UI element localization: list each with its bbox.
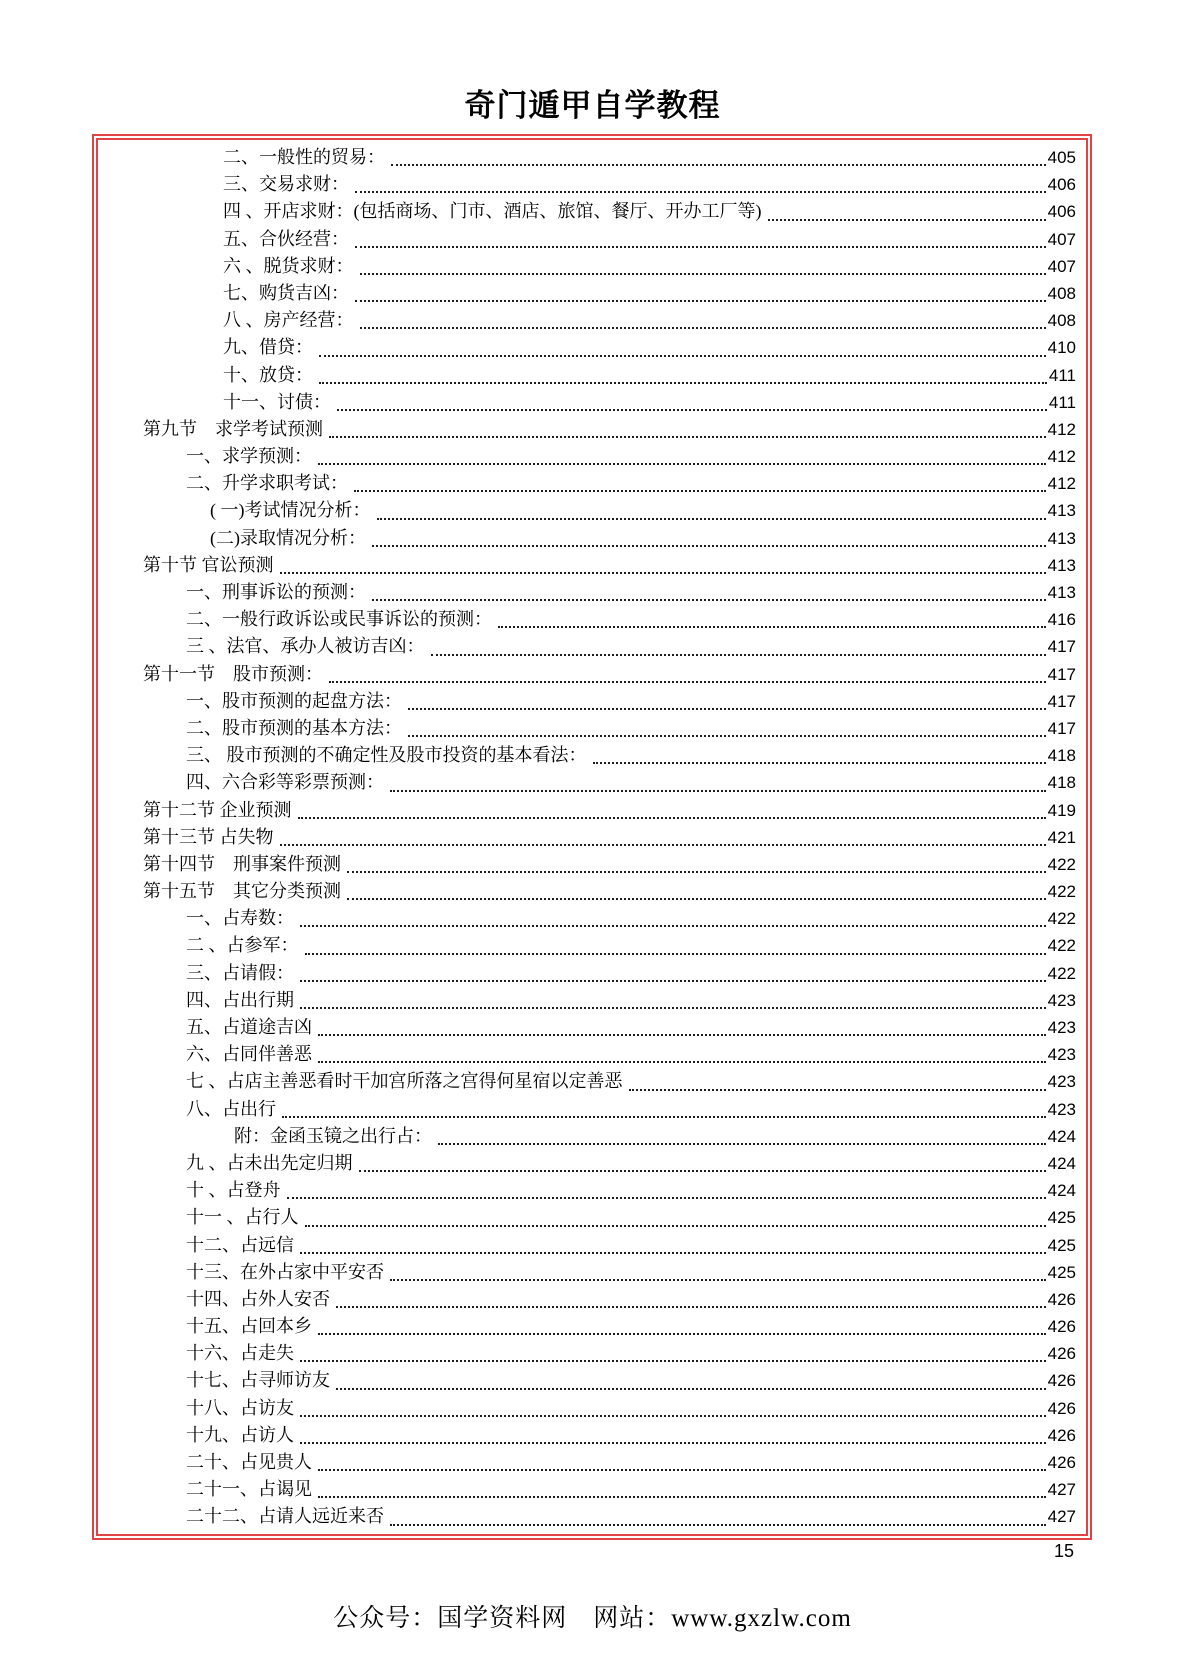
sheet-page-number: 15	[92, 1541, 1092, 1562]
dot-leader	[377, 518, 1046, 520]
toc-entry: 第十二节 企业预测419	[98, 797, 1076, 824]
toc-entry-label: 第十节 官讼预测	[143, 552, 274, 578]
dot-leader	[359, 1170, 1046, 1172]
toc-entry-page: 408	[1048, 308, 1076, 334]
toc-entry-page: 421	[1048, 825, 1076, 851]
dot-leader	[318, 1061, 1046, 1063]
dot-leader	[355, 246, 1046, 248]
dot-leader	[360, 273, 1046, 275]
toc-entry-page: 423	[1048, 1042, 1076, 1068]
toc-entry: 二、股市预测的基本方法：417	[98, 715, 1076, 742]
toc-entry-label: 十八、占访友	[186, 1395, 294, 1421]
dot-leader	[347, 898, 1046, 900]
toc-entry-label: 一、占寿数：	[186, 905, 294, 931]
dot-leader	[318, 1496, 1046, 1498]
toc-entry: 十五、占回本乡426	[98, 1313, 1076, 1340]
toc-entry: 六 、脱货求财：407	[98, 253, 1076, 280]
toc-entry-page: 412	[1048, 417, 1076, 443]
toc-entry-page: 424	[1048, 1178, 1076, 1204]
dot-leader	[300, 1007, 1046, 1009]
toc-entry: 三、占请假：422	[98, 960, 1076, 987]
toc-entry-page: 412	[1048, 444, 1076, 470]
dot-leader	[287, 1197, 1046, 1199]
toc-entry-page: 417	[1048, 716, 1076, 742]
toc-entry-label: 第十五节 其它分类预测	[143, 878, 341, 904]
toc-entry-label: 四、占出行期	[186, 987, 294, 1013]
dot-leader	[280, 844, 1046, 846]
toc-entry: 九 、占未出先定归期424	[98, 1150, 1076, 1177]
toc-entry-label: 二十一、占谒见	[186, 1476, 312, 1502]
toc-entry-label: 第九节 求学考试预测	[143, 416, 323, 442]
toc-entry: 三 、法官、承办人被访吉凶：417	[98, 633, 1076, 660]
dot-leader	[360, 327, 1046, 329]
toc-entry-page: 418	[1048, 770, 1076, 796]
toc-entry-label: 十一 、占行人	[186, 1204, 299, 1230]
dot-leader	[354, 490, 1046, 492]
toc-entry: 四、占出行期423	[98, 987, 1076, 1014]
toc-entry-page: 410	[1048, 335, 1076, 361]
toc-entry: 附：金函玉镜之出行占：424	[98, 1123, 1076, 1150]
toc-entry: 八、占出行423	[98, 1096, 1076, 1123]
dot-leader	[390, 790, 1046, 792]
toc-entry: 五、占道途吉凶423	[98, 1014, 1076, 1041]
toc-entry-page: 417	[1048, 689, 1076, 715]
dot-leader	[347, 871, 1046, 873]
dot-leader	[300, 1442, 1046, 1444]
dot-leader	[498, 626, 1046, 628]
toc-entry-label: (二)录取情况分析：	[210, 525, 366, 551]
toc-entry-label: 六 、脱货求财：	[223, 253, 354, 279]
toc-entry-page: 411	[1049, 363, 1076, 389]
dot-leader	[300, 1360, 1046, 1362]
toc-entry-label: 一、股市预测的起盘方法：	[186, 688, 402, 714]
toc-entry-page: 425	[1048, 1205, 1076, 1231]
toc-entry: 一、刑事诉讼的预测：413	[98, 579, 1076, 606]
toc-box: 二、一般性的贸易：405三、交易求财：406四 、开店求财：(包括商场、门市、酒…	[92, 134, 1092, 1540]
toc-entry-page: 422	[1048, 879, 1076, 905]
toc-entry: 二十、占见贵人426	[98, 1449, 1076, 1476]
toc-entry-label: 第十一节 股市预测：	[143, 661, 323, 687]
toc-entry-label: 一、求学预测：	[186, 443, 312, 469]
toc-entry: ( 一)考试情况分析：413	[98, 497, 1076, 524]
toc-entry: (二)录取情况分析：413	[98, 525, 1076, 552]
toc-entry: 十八、占访友426	[98, 1395, 1076, 1422]
toc-entry: 第九节 求学考试预测412	[98, 416, 1076, 443]
toc-entry-label: 十 、占登舟	[186, 1177, 281, 1203]
toc-entry-page: 413	[1048, 526, 1076, 552]
toc-entry: 十四、占外人安否426	[98, 1286, 1076, 1313]
toc-entry: 第十节 官讼预测413	[98, 552, 1076, 579]
dot-leader	[319, 382, 1047, 384]
toc-entry-label: 三、交易求财：	[223, 171, 349, 197]
toc-entry-label: 九、借贷：	[223, 334, 313, 360]
dot-leader	[390, 1524, 1046, 1526]
toc-entry-label: 十六、占走失	[186, 1340, 294, 1366]
toc-entry-page: 413	[1048, 580, 1076, 606]
toc-entry-page: 427	[1048, 1477, 1076, 1503]
toc-entry: 二 、占参军：422	[98, 932, 1076, 959]
dot-leader	[300, 980, 1046, 982]
dot-leader	[390, 1279, 1046, 1281]
toc-entry: 一、股市预测的起盘方法：417	[98, 688, 1076, 715]
toc-entry-label: 八 、房产经营：	[223, 307, 354, 333]
toc-entry-label: 二、一般行政诉讼或民事诉讼的预测：	[186, 606, 492, 632]
toc-entry: 四、六合彩等彩票预测：418	[98, 769, 1076, 796]
toc-entry: 三、 股市预测的不确定性及股市投资的基本看法：418	[98, 742, 1076, 769]
toc-entry-page: 426	[1048, 1287, 1076, 1313]
toc-entry-label: 十九、占访人	[186, 1422, 294, 1448]
toc-entry-label: 十三、在外占家中平安否	[186, 1259, 384, 1285]
dot-leader	[280, 572, 1046, 574]
page-footer: 公众号：国学资料网 网站：www.gxzlw.com	[0, 1598, 1185, 1634]
toc-list: 二、一般性的贸易：405三、交易求财：406四 、开店求财：(包括商场、门市、酒…	[98, 144, 1076, 1531]
dot-leader	[372, 545, 1046, 547]
toc-entry-page: 419	[1048, 798, 1076, 824]
toc-entry-label: 十四、占外人安否	[186, 1286, 330, 1312]
dot-leader	[318, 463, 1046, 465]
toc-entry-page: 423	[1048, 1015, 1076, 1041]
toc-entry-label: 五、合伙经营：	[223, 226, 349, 252]
toc-entry: 六、占同伴善恶423	[98, 1041, 1076, 1068]
dot-leader	[408, 708, 1046, 710]
toc-entry-label: 四、六合彩等彩票预测：	[186, 769, 384, 795]
toc-entry-label: 三、占请假：	[186, 960, 294, 986]
dot-leader	[372, 599, 1046, 601]
toc-entry-label: 二十、占见贵人	[186, 1449, 312, 1475]
dot-leader	[319, 355, 1046, 357]
toc-entry-page: 422	[1048, 933, 1076, 959]
toc-entry-page: 411	[1049, 390, 1076, 416]
dot-leader	[408, 735, 1046, 737]
toc-entry-label: ( 一)考试情况分析：	[210, 497, 371, 523]
toc-entry: 三、交易求财：406	[98, 171, 1076, 198]
toc-entry-label: 四 、开店求财：(包括商场、门市、酒店、旅馆、餐厅、开办工厂等)	[223, 198, 762, 224]
toc-entry-page: 425	[1048, 1233, 1076, 1259]
toc-entry-page: 425	[1048, 1260, 1076, 1286]
toc-entry-label: 十五、占回本乡	[186, 1313, 312, 1339]
toc-entry-page: 426	[1048, 1314, 1076, 1340]
toc-entry: 九、借贷：410	[98, 334, 1076, 361]
toc-entry-page: 424	[1048, 1151, 1076, 1177]
toc-entry-label: 第十二节 企业预测	[143, 797, 292, 823]
toc-entry-label: 六、占同伴善恶	[186, 1041, 312, 1067]
toc-entry: 一、求学预测：412	[98, 443, 1076, 470]
dot-leader	[305, 1225, 1046, 1227]
toc-entry-label: 二、升学求职考试：	[186, 470, 348, 496]
toc-entry: 第十四节 刑事案件预测422	[98, 851, 1076, 878]
toc-entry-label: 十七、占寻师访友	[186, 1367, 330, 1393]
dot-leader	[629, 1089, 1046, 1091]
page-title: 奇门遁甲自学教程	[0, 80, 1185, 125]
dot-leader	[300, 1415, 1046, 1417]
dot-leader	[300, 925, 1046, 927]
toc-entry-label: 二、一般性的贸易：	[223, 144, 385, 170]
toc-entry: 第十三节 占失物421	[98, 824, 1076, 851]
toc-entry-page: 406	[1048, 199, 1076, 225]
toc-entry-label: 三、 股市预测的不确定性及股市投资的基本看法：	[186, 742, 587, 768]
toc-entry-page: 405	[1048, 145, 1076, 171]
toc-entry-label: 附：金函玉镜之出行占：	[234, 1123, 432, 1149]
toc-entry: 十二、占远信425	[98, 1232, 1076, 1259]
dot-leader	[355, 300, 1046, 302]
toc-entry: 十、放贷：411	[98, 362, 1076, 389]
toc-entry: 二十二、占请人远近来否427	[98, 1503, 1076, 1530]
toc-entry: 第十五节 其它分类预测422	[98, 878, 1076, 905]
toc-entry-page: 417	[1048, 662, 1076, 688]
toc-entry-page: 426	[1048, 1423, 1076, 1449]
toc-entry-page: 413	[1048, 553, 1076, 579]
dot-leader	[336, 1306, 1046, 1308]
toc-entry: 十三、在外占家中平安否425	[98, 1259, 1076, 1286]
toc-entry: 二十一、占谒见427	[98, 1476, 1076, 1503]
toc-entry: 第十一节 股市预测：417	[98, 661, 1076, 688]
toc-entry: 五、合伙经营：407	[98, 226, 1076, 253]
toc-entry-page: 422	[1048, 906, 1076, 932]
toc-entry-label: 二十二、占请人远近来否	[186, 1503, 384, 1529]
toc-entry-page: 418	[1048, 743, 1076, 769]
dot-leader	[355, 191, 1046, 193]
dot-leader	[282, 1116, 1046, 1118]
dot-leader	[318, 1469, 1046, 1471]
toc-entry: 七 、占店主善恶看时干加宫所落之宫得何星宿以定善恶423	[98, 1068, 1076, 1095]
toc-entry: 八 、房产经营：408	[98, 307, 1076, 334]
toc-entry-label: 七 、占店主善恶看时干加宫所落之宫得何星宿以定善恶	[186, 1068, 623, 1094]
dot-leader	[318, 1333, 1046, 1335]
toc-entry-page: 408	[1048, 281, 1076, 307]
toc-entry-page: 412	[1048, 471, 1076, 497]
toc-entry: 七、购货吉凶：408	[98, 280, 1076, 307]
toc-entry-label: 十、放贷：	[223, 362, 313, 388]
dot-leader	[337, 409, 1047, 411]
toc-entry: 二、一般性的贸易：405	[98, 144, 1076, 171]
toc-entry-label: 五、占道途吉凶	[186, 1014, 312, 1040]
toc-entry-page: 427	[1048, 1504, 1076, 1530]
toc-entry: 十九、占访人426	[98, 1422, 1076, 1449]
toc-entry-page: 422	[1048, 961, 1076, 987]
toc-entry-page: 407	[1048, 227, 1076, 253]
toc-entry-page: 426	[1048, 1368, 1076, 1394]
toc-entry-label: 第十三节 占失物	[143, 824, 274, 850]
toc-entry-page: 413	[1048, 498, 1076, 524]
toc-entry-page: 422	[1048, 852, 1076, 878]
toc-entry: 一、占寿数：422	[98, 905, 1076, 932]
toc-entry-page: 424	[1048, 1124, 1076, 1150]
toc-entry-page: 406	[1048, 172, 1076, 198]
toc-entry: 十六、占走失426	[98, 1340, 1076, 1367]
dot-leader	[305, 953, 1046, 955]
dot-leader	[438, 1143, 1046, 1145]
toc-entry-label: 二 、占参军：	[186, 932, 299, 958]
toc-entry: 二、一般行政诉讼或民事诉讼的预测：416	[98, 606, 1076, 633]
toc-entry-page: 417	[1048, 634, 1076, 660]
dot-leader	[431, 654, 1046, 656]
toc-entry-page: 423	[1048, 988, 1076, 1014]
toc-entry-label: 十一、讨债：	[223, 389, 331, 415]
dot-leader	[336, 1388, 1046, 1390]
toc-entry: 十一、讨债：411	[98, 389, 1076, 416]
dot-leader	[298, 817, 1046, 819]
toc-entry-label: 七、购货吉凶：	[223, 280, 349, 306]
toc-entry-page: 407	[1048, 254, 1076, 280]
toc-entry-label: 一、刑事诉讼的预测：	[186, 579, 366, 605]
toc-entry-page: 426	[1048, 1450, 1076, 1476]
toc-entry-label: 十二、占远信	[186, 1232, 294, 1258]
dot-leader	[768, 219, 1046, 221]
toc-entry: 十一 、占行人425	[98, 1204, 1076, 1231]
dot-leader	[329, 436, 1046, 438]
dot-leader	[300, 1252, 1046, 1254]
toc-entry-page: 416	[1048, 607, 1076, 633]
dot-leader	[318, 1034, 1046, 1036]
toc-entry-label: 三 、法官、承办人被访吉凶：	[186, 633, 425, 659]
toc-entry: 二、升学求职考试：412	[98, 470, 1076, 497]
dot-leader	[391, 164, 1046, 166]
toc-entry: 四 、开店求财：(包括商场、门市、酒店、旅馆、餐厅、开办工厂等)406	[98, 198, 1076, 225]
toc-entry-label: 九 、占未出先定归期	[186, 1150, 353, 1176]
toc-entry-label: 八、占出行	[186, 1096, 276, 1122]
toc-entry: 十七、占寻师访友426	[98, 1367, 1076, 1394]
dot-leader	[329, 681, 1046, 683]
toc-entry-page: 426	[1048, 1396, 1076, 1422]
toc-entry-label: 二、股市预测的基本方法：	[186, 715, 402, 741]
toc-entry: 十 、占登舟424	[98, 1177, 1076, 1204]
toc-entry-page: 426	[1048, 1341, 1076, 1367]
toc-entry-page: 423	[1048, 1069, 1076, 1095]
dot-leader	[593, 762, 1046, 764]
toc-entry-page: 423	[1048, 1097, 1076, 1123]
toc-entry-label: 第十四节 刑事案件预测	[143, 851, 341, 877]
